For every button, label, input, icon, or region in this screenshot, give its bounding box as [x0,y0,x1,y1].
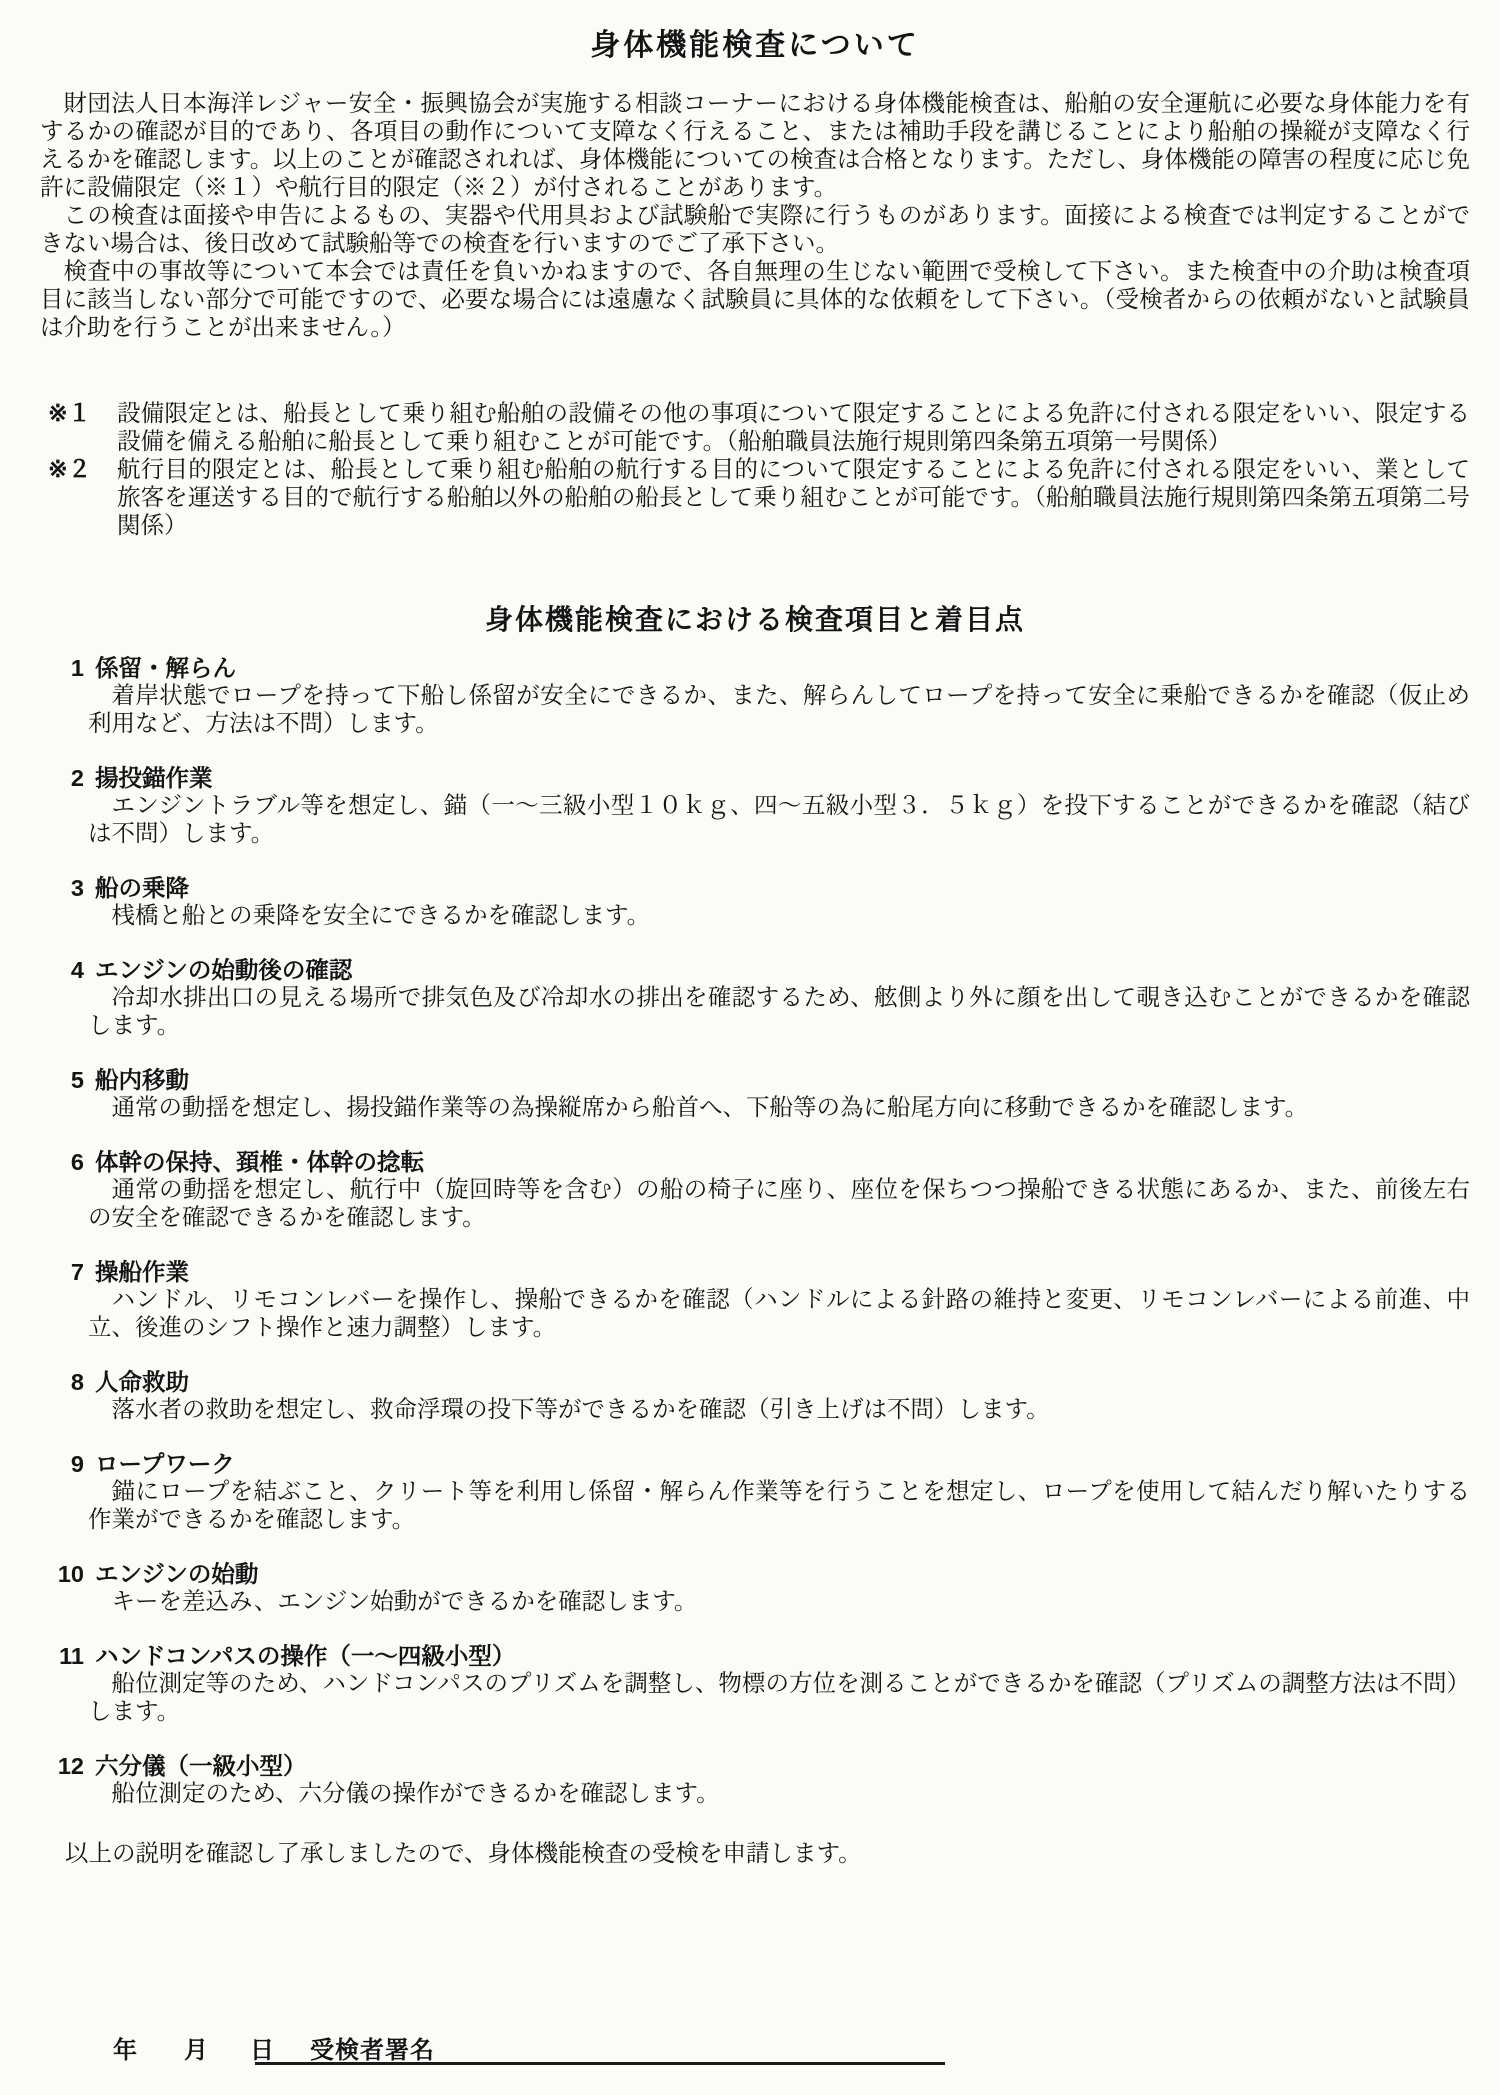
item-heading-row: 9 ロープワーク [40,1450,1470,1478]
checklist-item: 11 ハンドコンパスの操作（一～四級小型） 船位測定等のため、ハンドコンパスのプ… [40,1642,1470,1726]
declaration-text: 以上の説明を確認し了承しましたので、身体機能検査の受検を申請します。 [65,1840,1470,1868]
date-month-label: 月 [184,2030,208,2065]
checklist-item: 12 六分儀（一級小型） 船位測定のため、六分儀の操作ができるかを確認します。 [40,1752,1470,1808]
item-body: 船位測定等のため、ハンドコンパスのプリズムを調整し、物標の方位を測ることができる… [88,1670,1470,1726]
checklist-item: 3 船の乗降 桟橋と船との乗降を安全にできるかを確認します。 [40,874,1470,930]
item-heading: 船の乗降 [95,874,189,902]
item-heading: 揚投錨作業 [95,764,213,792]
item-body: 通常の動揺を想定し、揚投錨作業等の為操縦席から船首へ、下船等の為に船尾方向に移動… [88,1094,1470,1122]
item-body: 冷却水排出口の見える場所で排気色及び冷却水の排出を確認するため、舷側より外に顔を… [88,984,1470,1040]
item-heading-row: 12 六分儀（一級小型） [40,1752,1470,1780]
checklist-items: 1 係留・解らん 着岸状態でロープを持って下船し係留が安全にできるか、また、解ら… [40,654,1470,1808]
item-number: 3 [40,874,84,902]
checklist-item: 9 ロープワーク 錨にロープを結ぶこと、クリート等を利用し係留・解らん作業等を行… [40,1450,1470,1534]
footnote-marker: ※２ [48,456,91,484]
item-heading-row: 5 船内移動 [40,1066,1470,1094]
item-number: 4 [40,956,84,984]
date-year-label: 年 [113,2030,137,2065]
checklist-item: 5 船内移動 通常の動揺を想定し、揚投錨作業等の為操縦席から船首へ、下船等の為に… [40,1066,1470,1122]
item-heading-row: 6 体幹の保持、頚椎・体幹の捻転 [40,1148,1470,1176]
item-number: 2 [40,764,84,792]
item-number: 8 [40,1368,84,1396]
checklist-item: 7 操船作業 ハンドル、リモコンレバーを操作し、操船できるかを確認（ハンドルによ… [40,1258,1470,1342]
intro-paragraph: 検査中の事故等について本会では責任を負いかねますので、各自無理の生じない範囲で受… [40,258,1470,342]
item-heading-row: 10 エンジンの始動 [40,1560,1470,1588]
item-number: 12 [40,1752,84,1780]
item-heading-row: 4 エンジンの始動後の確認 [40,956,1470,984]
footnote: ※１ 設備限定とは、船長として乗り組む船舶の設備その他の事項について限定すること… [40,400,1470,456]
item-number: 1 [40,654,84,682]
item-heading: 係留・解らん [95,654,236,682]
item-body: 桟橋と船との乗降を安全にできるかを確認します。 [88,902,1470,930]
item-heading: エンジンの始動 [95,1560,258,1588]
document-content: 身体機能検査について 財団法人日本海洋レジャー安全・振興協会が実施する相談コーナ… [0,0,1500,1868]
intro-paragraph: 財団法人日本海洋レジャー安全・振興協会が実施する相談コーナーにおける身体機能検査… [40,90,1470,202]
item-heading-row: 11 ハンドコンパスの操作（一～四級小型） [40,1642,1470,1670]
item-heading: 六分儀（一級小型） [95,1752,307,1780]
item-heading: ハンドコンパスの操作（一～四級小型） [95,1642,515,1670]
scanned-document-page: 身体機能検査について 財団法人日本海洋レジャー安全・振興協会が実施する相談コーナ… [0,0,1500,2095]
item-body: 通常の動揺を想定し、航行中（旋回時等を含む）の船の椅子に座り、座位を保ちつつ操船… [88,1176,1470,1232]
item-number: 10 [40,1560,84,1588]
item-number: 9 [40,1450,84,1478]
item-heading-row: 1 係留・解らん [40,654,1470,682]
footnote-text: 設備限定とは、船長として乗り組む船舶の設備その他の事項について限定することによる… [117,401,1470,455]
signature-line [255,2036,945,2065]
checklist-item: 10 エンジンの始動 キーを差込み、エンジン始動ができるかを確認します。 [40,1560,1470,1616]
checklist-item: 4 エンジンの始動後の確認 冷却水排出口の見える場所で排気色及び冷却水の排出を確… [40,956,1470,1040]
footnote-marker: ※１ [48,400,91,428]
footnote-text: 航行目的限定とは、船長として乗り組む船舶の航行する目的について限定することによる… [117,457,1470,539]
item-number: 7 [40,1258,84,1286]
checklist-item: 2 揚投錨作業 エンジントラブル等を想定し、錨（一～三級小型１０ｋｇ、四～五級小… [40,764,1470,848]
item-body: 落水者の救助を想定し、救命浮環の投下等ができるかを確認（引き上げは不問）します。 [88,1396,1470,1424]
intro-paragraph: この検査は面接や申告によるもの、実器や代用具および試験船で実際に行うものがありま… [40,202,1470,258]
item-heading: 船内移動 [95,1066,189,1094]
item-heading: 人命救助 [95,1368,189,1396]
footnotes-section: ※１ 設備限定とは、船長として乗り組む船舶の設備その他の事項について限定すること… [40,400,1470,540]
checklist-item: 1 係留・解らん 着岸状態でロープを持って下船し係留が安全にできるか、また、解ら… [40,654,1470,738]
section-title: 身体機能検査における検査項目と着目点 [40,602,1470,638]
item-heading: 操船作業 [95,1258,189,1286]
item-body: エンジントラブル等を想定し、錨（一～三級小型１０ｋｇ、四～五級小型３．５ｋｇ）を… [88,792,1470,848]
document-title: 身体機能検査について [40,28,1470,64]
item-heading-row: 8 人命救助 [40,1368,1470,1396]
item-heading-row: 7 操船作業 [40,1258,1470,1286]
item-body: キーを差込み、エンジン始動ができるかを確認します。 [88,1588,1470,1616]
item-body: 着岸状態でロープを持って下船し係留が安全にできるか、また、解らんしてロープを持っ… [88,682,1470,738]
item-heading: 体幹の保持、頚椎・体幹の捻転 [95,1148,424,1176]
item-heading-row: 2 揚投錨作業 [40,764,1470,792]
item-body: 船位測定のため、六分儀の操作ができるかを確認します。 [88,1780,1470,1808]
item-number: 6 [40,1148,84,1176]
item-body: 錨にロープを結ぶこと、クリート等を利用し係留・解らん作業等を行うことを想定し、ロ… [88,1478,1470,1534]
checklist-item: 8 人命救助 落水者の救助を想定し、救命浮環の投下等ができるかを確認（引き上げは… [40,1368,1470,1424]
item-heading-row: 3 船の乗降 [40,874,1470,902]
checklist-item: 6 体幹の保持、頚椎・体幹の捻転 通常の動揺を想定し、航行中（旋回時等を含む）の… [40,1148,1470,1232]
item-heading: ロープワーク [95,1450,235,1478]
footnote: ※２ 航行目的限定とは、船長として乗り組む船舶の航行する目的について限定すること… [40,456,1470,540]
item-number: 5 [40,1066,84,1094]
item-body: ハンドル、リモコンレバーを操作し、操船できるかを確認（ハンドルによる針路の維持と… [88,1286,1470,1342]
intro-section: 財団法人日本海洋レジャー安全・振興協会が実施する相談コーナーにおける身体機能検査… [40,90,1470,342]
item-heading: エンジンの始動後の確認 [95,956,352,984]
item-number: 11 [40,1642,84,1670]
